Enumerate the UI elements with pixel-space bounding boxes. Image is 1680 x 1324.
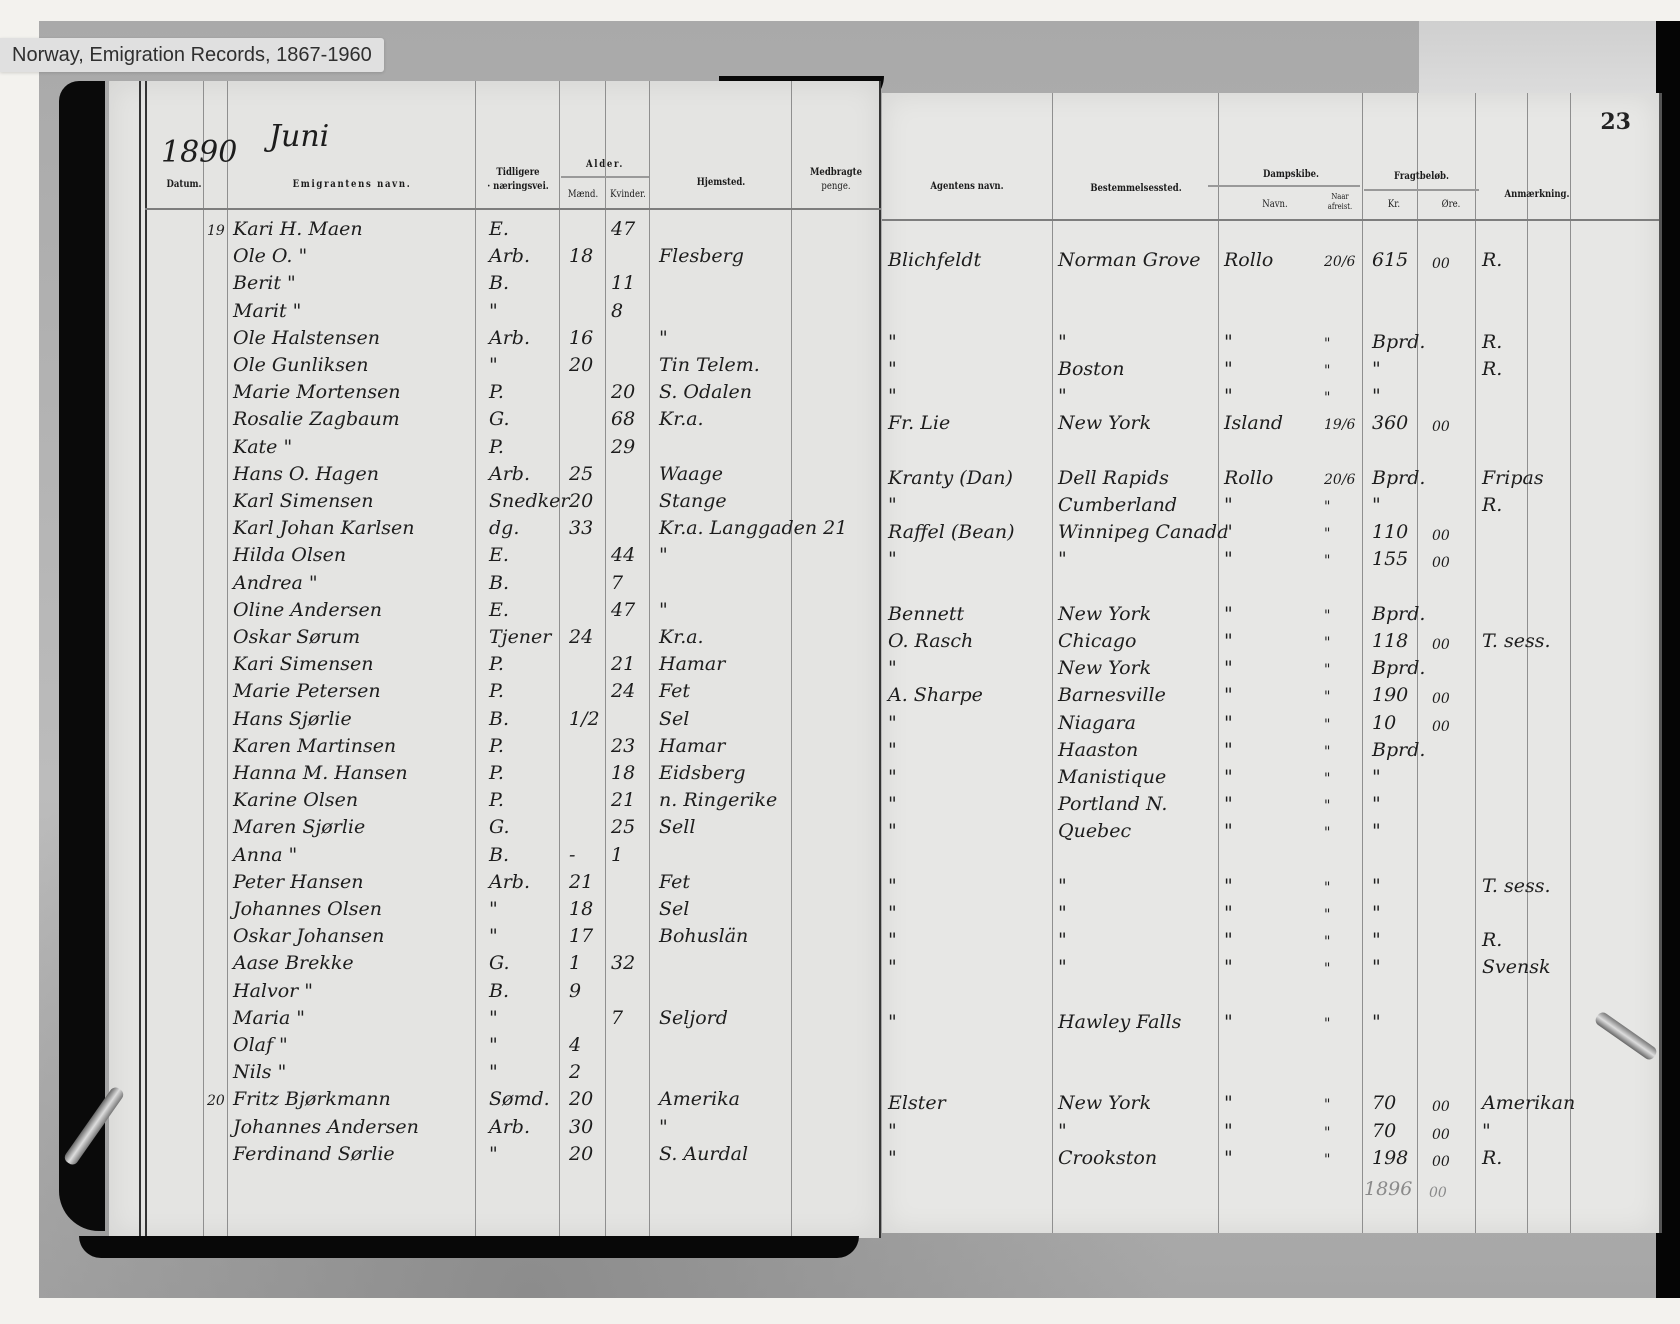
emigrant-name: Ole O. " [233,246,307,266]
emigrant-home: Amerika [659,1089,740,1109]
page-number: 23 [1600,109,1631,135]
emigrant-home: S. Odalen [659,382,752,402]
emigrant-name: Hans Sjørlie [233,709,352,729]
emigrant-name: Maria " [233,1008,305,1028]
emigrant-home: Waage [659,464,723,484]
emigrant-home: Stange [659,491,727,511]
departure-date: " [1324,551,1330,571]
age-women: 47 [611,219,635,239]
ship-name: " [1224,359,1233,379]
fare-kr: 70 [1372,1093,1396,1113]
departure-date: " [1324,633,1330,653]
emigrant-occupation: B. [489,845,509,865]
emigrant-occupation: P. [489,736,504,756]
emigrant-name: Hanna M. Hansen [233,763,408,783]
header-age: Alder. [568,159,643,171]
fare-kr: Bprd. [1372,604,1425,624]
emigrant-home: " [659,545,668,565]
agent-name: " [888,359,897,379]
fare-kr: Bprd. [1372,332,1425,352]
destination: Dell Rapids [1058,468,1169,488]
emigrant-occupation: Arb. [489,1117,530,1137]
left-page: 1890 Juni Datum. Emigrantens navn. Tidli… [109,81,881,1238]
agent-name: Elster [888,1093,946,1113]
departure-date: 19/6 [1324,415,1355,435]
emigrant-occupation: P. [489,681,504,701]
column-divider [649,81,650,1238]
emigrant-occupation: " [489,1062,498,1082]
emigrant-home: " [659,600,668,620]
age-men: 9 [569,981,581,1001]
header-steamship: Dampskibe. [1231,169,1352,181]
column-divider [475,81,476,1238]
header-departed-line2: afreist. [1321,201,1358,213]
column-divider [1570,93,1571,1233]
age-men: 1 [569,953,581,973]
header-women: Kvinder. [608,189,647,201]
departure-date: " [1324,1095,1330,1115]
fare-kr: 118 [1372,631,1408,651]
ship-name: " [1224,957,1233,977]
gutter-line [879,81,881,1238]
age-men: 18 [569,899,593,919]
emigrant-occupation: " [489,355,498,375]
ship-name: " [1224,522,1233,542]
emigrant-occupation: Tjener [489,627,551,647]
departure-date: " [1324,878,1330,898]
emigrant-name: Anna " [233,845,297,865]
age-men: 4 [569,1035,581,1055]
emigrant-name: Hans O. Hagen [233,464,379,484]
emigrant-home: Sell [659,817,695,837]
fare-ore: 00 [1432,553,1450,573]
departure-date: " [1324,959,1330,979]
emigrant-home: Seljord [659,1008,728,1028]
destination: Hawley Falls [1058,1012,1181,1032]
remark: R. [1482,1148,1502,1168]
emigrant-home: Sel [659,899,689,919]
age-men: 20 [569,1089,593,1109]
fare-kr: 190 [1372,685,1408,705]
emigrant-occupation: E. [489,600,509,620]
emigrant-occupation: Sømd. [489,1089,550,1109]
page-total-ore: 00 [1429,1183,1447,1203]
header-occupation: Tidligere [483,167,553,179]
emigrant-home: Eidsberg [659,763,746,783]
age-women: 21 [611,654,635,674]
age-men: 21 [569,872,593,892]
fare-kr: " [1372,876,1381,896]
agent-name: " [888,1121,897,1141]
emigrant-name: Fritz Bjørkmann [233,1089,391,1109]
emigrant-home: Sel [659,709,689,729]
departure-date: " [1324,687,1330,707]
remark: R. [1482,359,1502,379]
emigrant-occupation: B. [489,709,509,729]
emigrant-name: Ole Halstensen [233,328,380,348]
agent-name: " [888,821,897,841]
fare-kr: 70 [1372,1121,1396,1141]
emigrant-name: Rosalie Zagbaum [233,409,400,429]
header-destination: Bestemmelsessted. [1066,183,1205,195]
emigrant-home: Tin Telem. [659,355,760,375]
row-day: 19 [207,221,225,241]
emigrant-name: Olaf " [233,1035,288,1055]
book-cover-edge-bottom [79,1236,859,1258]
ship-name: " [1224,903,1233,923]
agent-name: Kranty (Dan) [888,468,1013,488]
age-men: - [569,845,575,865]
emigrant-name: Hilda Olsen [233,545,346,565]
header-ore: Øre. [1431,199,1472,211]
header-remarks: Anmærkning. [1486,189,1588,201]
fare-ore: 00 [1432,1125,1450,1145]
emigrant-home: Hamar [659,736,725,756]
departure-date: " [1324,823,1330,843]
agent-name: " [888,794,897,814]
emigrant-occupation: dg. [489,518,519,538]
fare-kr: 10 [1372,713,1396,733]
departure-date: " [1324,1150,1330,1170]
emigrant-occupation: " [489,1144,498,1164]
age-men: 25 [569,464,593,484]
destination: " [1058,930,1067,950]
agent-name: " [888,658,897,678]
year-handwritten: 1890 [161,143,237,163]
destination: " [1058,876,1067,896]
agent-name: " [888,1148,897,1168]
destination: New York [1058,413,1151,433]
ship-name: " [1224,495,1233,515]
ship-name: Island [1224,413,1283,433]
column-divider [559,81,560,1238]
remark: Amerikan [1482,1093,1575,1113]
destination: " [1058,332,1067,352]
header-rule [882,219,1659,221]
ship-name: " [1224,386,1233,406]
destination: Portland N. [1058,794,1167,814]
departure-date: " [1324,606,1330,626]
fare-kr: " [1372,767,1381,787]
header-rule [145,208,881,210]
destination: New York [1058,604,1151,624]
column-divider [1218,93,1219,1233]
ship-name: " [1224,1121,1233,1141]
age-women: 68 [611,409,635,429]
ship-name: " [1224,631,1233,651]
header-occupation-line2: · næringsvei. [483,181,553,193]
destination: Cumberland [1058,495,1177,515]
remark: R. [1482,250,1502,270]
emigrant-occupation: G. [489,409,510,429]
emigrant-occupation: Snedker [489,491,570,511]
destination: New York [1058,658,1151,678]
emigrant-occupation: Arb. [489,464,530,484]
age-men: 18 [569,246,593,266]
destination: " [1058,549,1067,569]
emigrant-home: Fet [659,681,690,701]
age-men: 16 [569,328,593,348]
age-women: 11 [611,273,635,293]
emigrant-name: Andrea " [233,573,318,593]
emigrant-occupation: B. [489,981,509,1001]
emigrant-occupation: " [489,926,498,946]
ship-name: " [1224,1012,1233,1032]
emigrant-occupation: G. [489,817,510,837]
emigrant-occupation: B. [489,573,509,593]
fare-kr: Bprd. [1372,740,1425,760]
emigrant-occupation: P. [489,437,504,457]
age-women: 8 [611,301,623,321]
header-agent: Agentens navn. [895,181,1040,193]
agent-name: O. Rasch [888,631,973,651]
emigrant-name: Johannes Andersen [233,1117,419,1137]
remark: T. sess. [1482,876,1551,896]
departure-date: " [1324,388,1330,408]
emigrant-home: Kr.a. [659,627,704,647]
emigrant-occupation: " [489,301,498,321]
column-divider [791,81,792,1238]
fare-kr: 615 [1372,250,1408,270]
steamship-header-rule [1208,185,1360,187]
emigrant-occupation: P. [489,763,504,783]
destination: New York [1058,1093,1151,1113]
fare-kr: " [1372,386,1381,406]
remark: R. [1482,930,1502,950]
emigrant-home: Kr.a. Langgaden 21 [659,518,847,538]
fare-ore: 00 [1432,1097,1450,1117]
age-women: 20 [611,382,635,402]
emigrant-name: Marie Mortensen [233,382,401,402]
agent-name: A. Sharpe [888,685,983,705]
fare-ore: 00 [1432,417,1450,437]
fare-kr: 110 [1372,522,1408,542]
emigrant-name: Kari Simensen [233,654,374,674]
emigrant-name: Karl Simensen [233,491,374,511]
header-kr: Kr. [1369,199,1420,211]
fare-kr: " [1372,930,1381,950]
ship-name: " [1224,332,1233,352]
ship-name: " [1224,876,1233,896]
fare-kr: " [1372,495,1381,515]
emigrant-name: Kari H. Maen [233,219,363,239]
emigrant-name: Oline Andersen [233,600,382,620]
destination: Niagara [1058,713,1136,733]
emigrant-home: Kr.a. [659,409,704,429]
column-divider [605,81,606,1238]
age-men: 17 [569,926,593,946]
ship-name: " [1224,821,1233,841]
age-women: 7 [611,573,623,593]
emigrant-name: Karine Olsen [233,790,358,810]
emigrant-name: Berit " [233,273,296,293]
emigrant-name: Marit " [233,301,301,321]
collection-title-tooltip: Norway, Emigration Records, 1867-1960 [0,38,384,72]
emigrant-home: Bohuslän [659,926,748,946]
emigrant-occupation: " [489,1008,498,1028]
emigrant-occupation: P. [489,790,504,810]
margin-line [145,81,147,1238]
emigrant-home: Flesberg [659,246,744,266]
remark: Svensk [1482,957,1551,977]
column-divider [1527,93,1528,1233]
fare-ore: 00 [1432,689,1450,709]
emigrant-home: " [659,1117,668,1137]
column-divider [203,81,204,1238]
column-divider [227,81,228,1238]
remark: " [1482,1121,1491,1141]
destination: " [1058,957,1067,977]
fare-kr: " [1372,1012,1381,1032]
fare-kr: Bprd. [1372,658,1425,678]
age-women: 47 [611,600,635,620]
ship-name: Rollo [1224,468,1273,488]
age-women: 21 [611,790,635,810]
agent-name: " [888,767,897,787]
ship-name: " [1224,1093,1233,1113]
age-men: 33 [569,518,593,538]
emigrant-name: Marie Petersen [233,681,381,701]
agent-name: " [888,930,897,950]
emigrant-name: Ferdinand Sørlie [233,1144,395,1164]
agent-name: " [888,495,897,515]
emigrant-occupation: E. [489,219,509,239]
fare-kr: " [1372,794,1381,814]
age-women: 7 [611,1008,623,1028]
destination: Boston [1058,359,1124,379]
agent-name: Bennett [888,604,964,624]
departure-date: " [1324,742,1330,762]
month-handwritten: Juni [269,127,329,147]
fare-kr: Bprd. [1372,468,1425,488]
departure-date: " [1324,361,1330,381]
remark: Fripas [1482,468,1544,488]
fare-kr: 360 [1372,413,1408,433]
destination: Manistique [1058,767,1166,787]
age-women: 23 [611,736,635,756]
departure-date: " [1324,1123,1330,1143]
agent-name: " [888,876,897,896]
destination: " [1058,903,1067,923]
departure-date: " [1324,497,1330,517]
ship-name: " [1224,604,1233,624]
header-datum: Datum. [154,179,214,191]
fare-ore: 00 [1432,717,1450,737]
departure-date: " [1324,660,1330,680]
emigrant-occupation: " [489,1035,498,1055]
ship-name: " [1224,930,1233,950]
departure-date: " [1324,769,1330,789]
ship-name: " [1224,1148,1233,1168]
agent-name: Raffel (Bean) [888,522,1015,542]
destination: " [1058,1121,1067,1141]
departure-date: " [1324,715,1330,735]
remark: R. [1482,332,1502,352]
fare-kr: 155 [1372,549,1408,569]
departure-date: 20/6 [1324,470,1355,490]
age-men: 2 [569,1062,581,1082]
agent-name: Blichfeldt [888,250,981,270]
fare-kr: " [1372,903,1381,923]
destination: " [1058,386,1067,406]
age-men: 20 [569,491,593,511]
agent-name: " [888,549,897,569]
ship-name: Rollo [1224,250,1273,270]
header-name: Emigrantens navn. [247,179,456,191]
emigrant-occupation: E. [489,545,509,565]
age-men: 30 [569,1117,593,1137]
fare-header-rule [1364,189,1479,191]
destination: Winnipeg Canada [1058,522,1228,542]
agent-name: " [888,957,897,977]
age-men: 24 [569,627,593,647]
destination: Haaston [1058,740,1138,760]
emigrant-name: Johannes Olsen [233,899,382,919]
agent-name: " [888,903,897,923]
emigrant-home: S. Aurdal [659,1144,748,1164]
header-men: Mænd. [564,189,601,201]
destination: Norman Grove [1058,250,1200,270]
emigrant-occupation: Arb. [489,328,530,348]
agent-name: " [888,740,897,760]
header-ship-name: Navn. [1228,199,1322,211]
emigrant-occupation: Arb. [489,246,530,266]
row-day: 20 [207,1091,225,1111]
age-men: 20 [569,355,593,375]
fare-ore: 00 [1432,254,1450,274]
emigrant-name: Peter Hansen [233,872,364,892]
age-women: 29 [611,437,635,457]
age-men: 20 [569,1144,593,1164]
header-money: Medbragte [799,167,872,179]
scanned-record-image: 1890 Juni Datum. Emigrantens navn. Tidli… [39,21,1680,1298]
emigrant-home: " [659,328,668,348]
departure-date: " [1324,932,1330,952]
ship-name: " [1224,713,1233,733]
header-home: Hjemsted. [662,177,781,189]
fare-ore: 00 [1432,526,1450,546]
age-header-rule [561,176,649,178]
emigrant-name: Kate " [233,437,292,457]
ship-name: " [1224,549,1233,569]
ship-name: " [1224,658,1233,678]
agent-name: Fr. Lie [888,413,950,433]
page-total-kr: 1896 [1364,1179,1412,1199]
agent-name: " [888,332,897,352]
emigrant-occupation: G. [489,953,510,973]
fare-ore: 00 [1432,1152,1450,1172]
column-divider [1362,93,1363,1233]
agent-name: " [888,713,897,733]
column-divider [1052,93,1053,1233]
emigrant-occupation: Arb. [489,872,530,892]
margin-line [139,81,141,1238]
age-women: 24 [611,681,635,701]
emigrant-name: Oskar Johansen [233,926,384,946]
age-men: 1/2 [569,709,600,729]
age-women: 18 [611,763,635,783]
age-women: 32 [611,953,635,973]
emigrant-name: Maren Sjørlie [233,817,365,837]
destination: Chicago [1058,631,1136,651]
ship-name: " [1224,685,1233,705]
header-money-line2: penge. [799,181,872,193]
emigrant-occupation: P. [489,382,504,402]
departure-date: " [1324,905,1330,925]
column-divider [1475,93,1476,1233]
emigrant-occupation: " [489,899,498,919]
emigrant-occupation: P. [489,654,504,674]
